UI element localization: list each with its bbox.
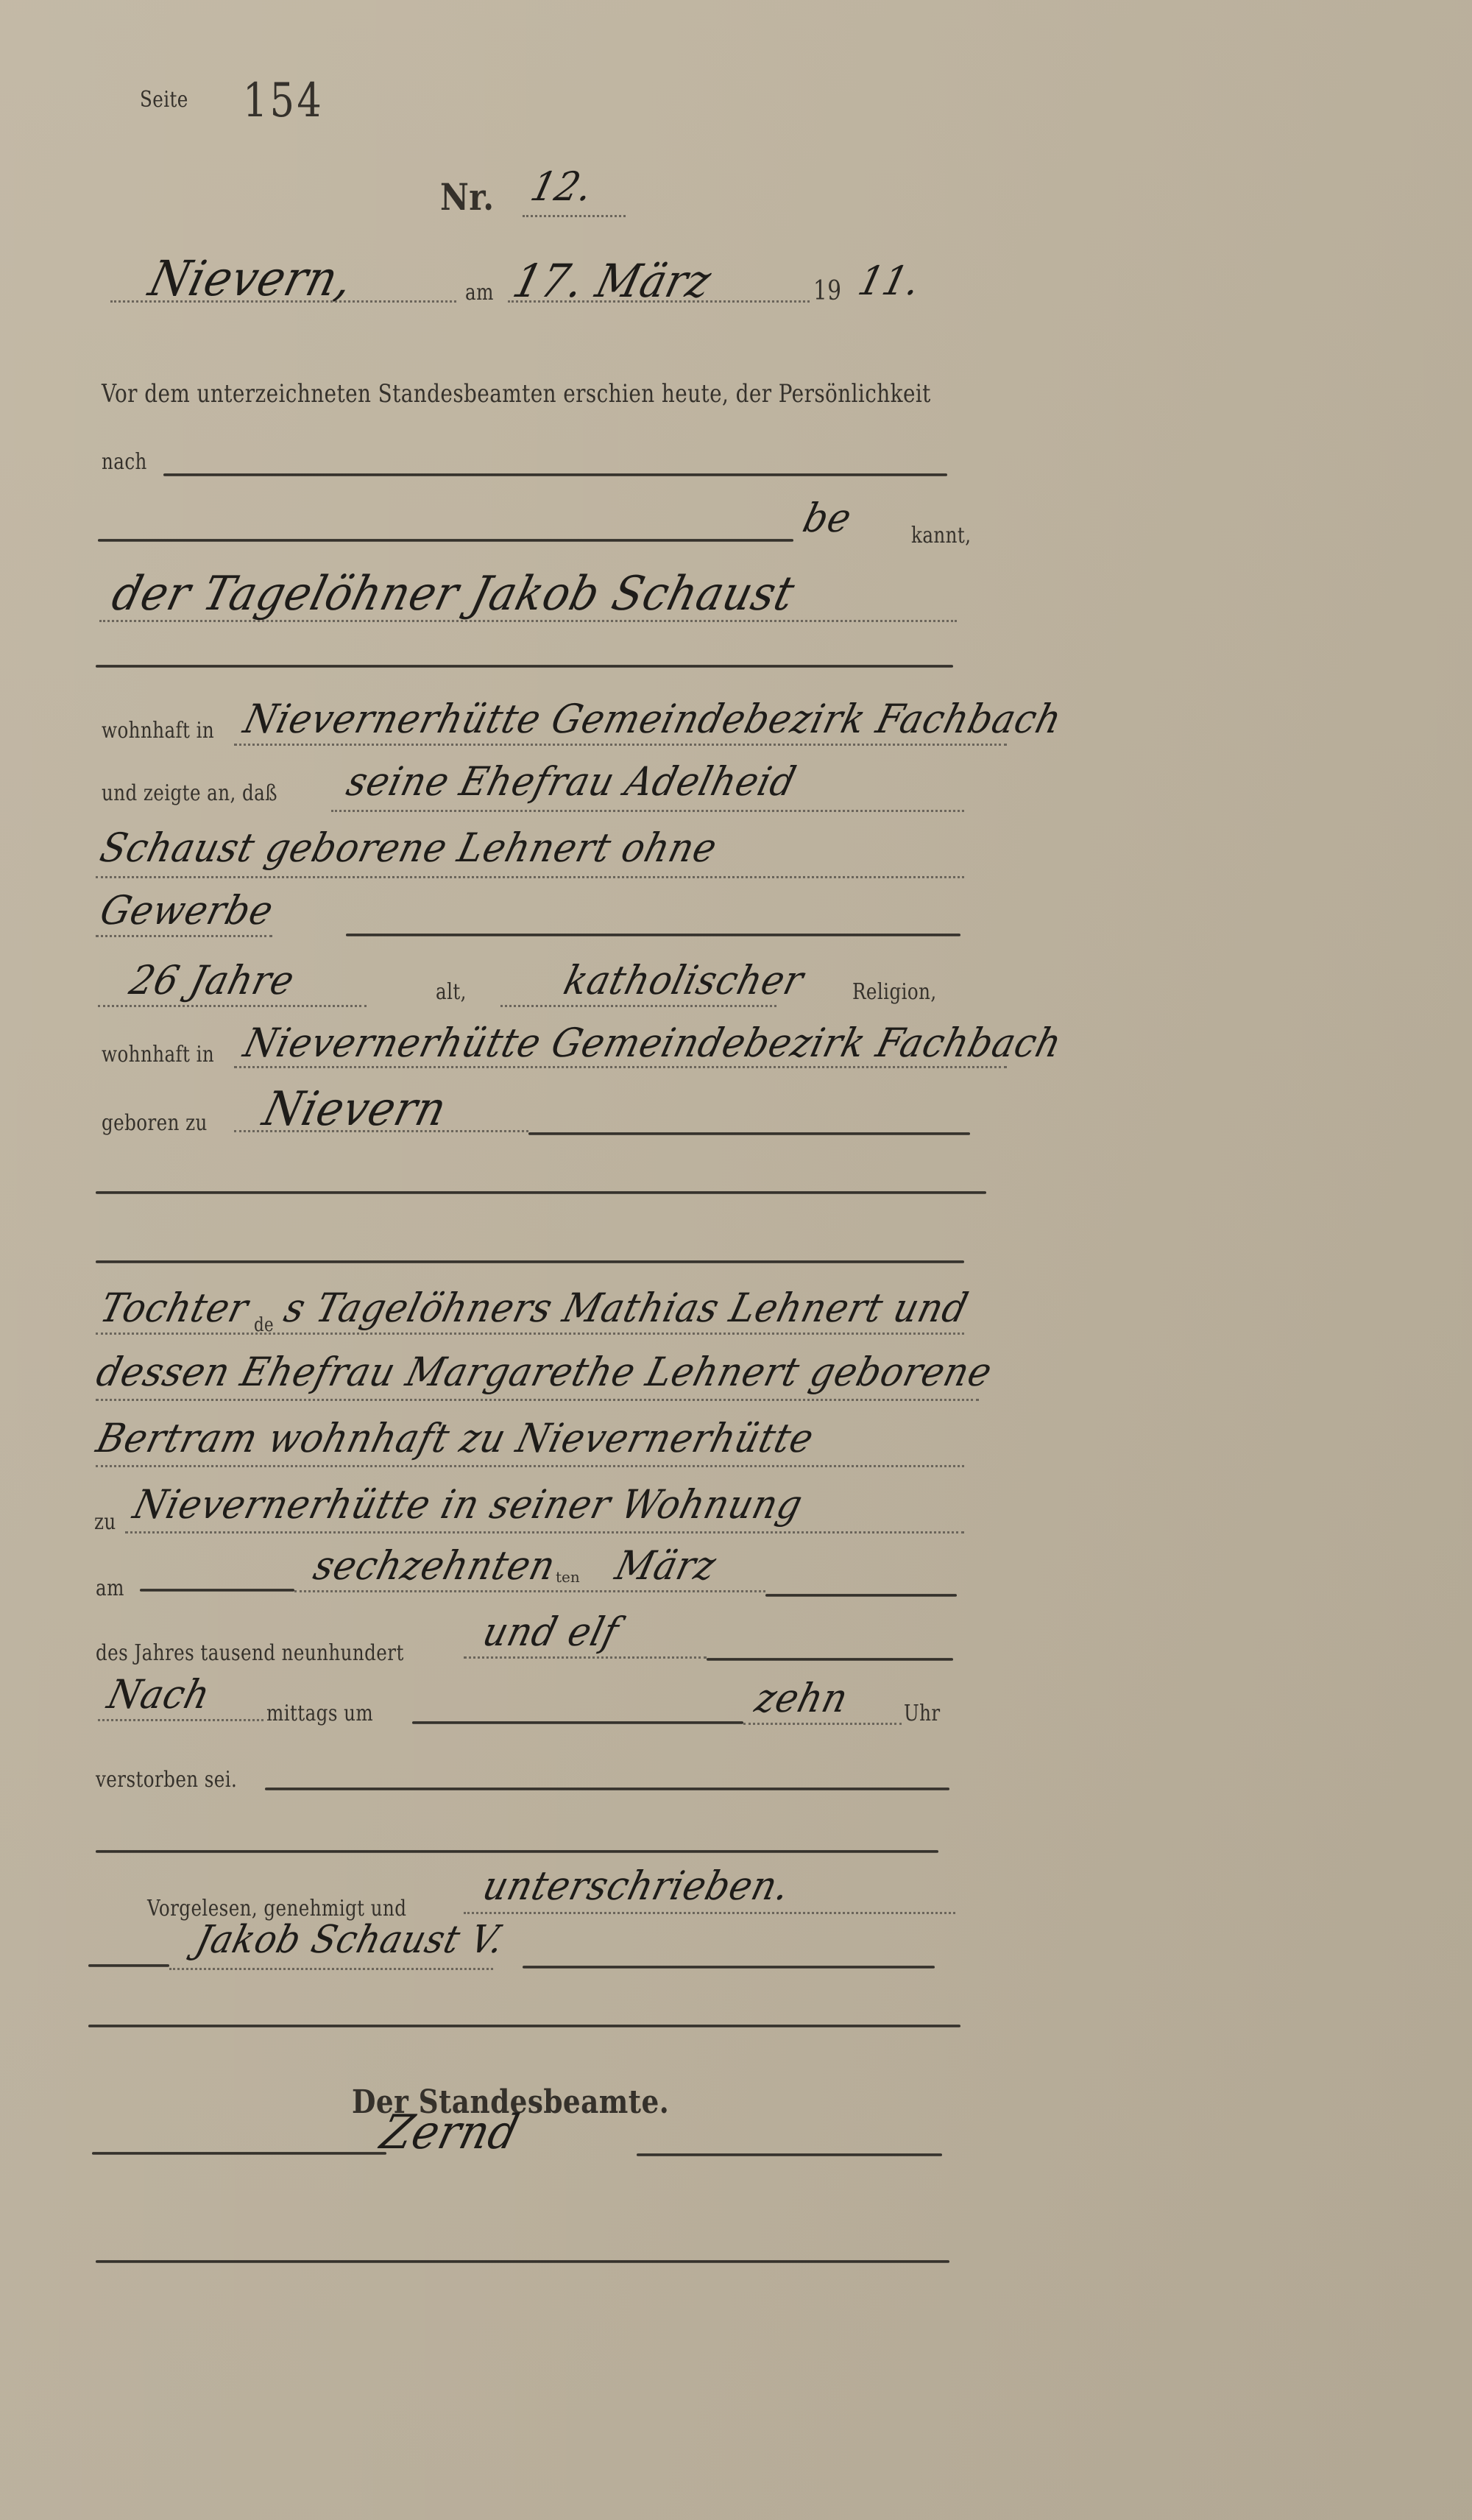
record-label: Nr. <box>440 175 494 219</box>
deceased-line2 <box>96 876 964 878</box>
gewerbe-rule <box>346 933 960 936</box>
deceased-wohnhaft-label: wohnhaft in <box>102 1042 214 1067</box>
deceased-religion: katholischer <box>559 957 809 1003</box>
page-label: Seite <box>140 87 188 113</box>
informant-sig-rule-left <box>88 1964 169 1967</box>
year-rule <box>707 1658 953 1661</box>
year-handwritten: 11. <box>854 258 925 304</box>
informant-residence-line <box>234 744 1007 746</box>
deceased-line1-text: seine Ehefrau Adelheid <box>342 758 801 805</box>
nach-rule <box>163 473 947 476</box>
informant-sig-line <box>169 1968 493 1970</box>
informant-wohnhaft-label: wohnhaft in <box>102 718 214 744</box>
death-place: Nievernerhütte in seiner Wohnung <box>129 1481 807 1528</box>
birthplace-rule <box>528 1132 970 1135</box>
zu-label: zu <box>94 1509 116 1535</box>
page-number: 154 <box>243 74 324 128</box>
parents-line3-text: Bertram wohnhaft zu Nievernerhütte <box>92 1415 818 1461</box>
zeigte-label: und zeigte an, daß <box>102 780 277 806</box>
parents-line1-print: de <box>254 1314 274 1336</box>
uhr-label: Uhr <box>904 1701 941 1726</box>
year-line <box>464 1656 707 1659</box>
deceased-birthplace: Nievern <box>258 1082 452 1137</box>
signed-handwritten: unterschrieben. <box>478 1863 795 1909</box>
alt-label: alt, <box>436 979 467 1005</box>
registry-page: Seite 154 Nr. 12. Nievern, am 17. März 1… <box>0 0 1472 2520</box>
verstorben-label: verstorben sei. <box>96 1767 237 1793</box>
parents-line1-b: s Tagelöhners Mathias Lehnert und <box>280 1285 973 1331</box>
hour-rule <box>412 1721 743 1724</box>
religion-line <box>500 1005 776 1007</box>
hour-line <box>743 1723 902 1725</box>
registrar-sig-rule-left <box>92 2152 386 2155</box>
religion-label: Religion, <box>852 979 937 1005</box>
verstorben-rule <box>265 1787 949 1790</box>
registrar-sig-rule-right <box>637 2153 942 2156</box>
mittags-label: mittags um <box>266 1701 373 1726</box>
informant-sig-rule-right <box>523 1966 935 1969</box>
blank-rule-4 <box>88 2025 960 2027</box>
blank-rule-1 <box>96 1191 986 1194</box>
deceased-age: 26 Jahre <box>125 957 300 1003</box>
death-day: sechzehnten <box>309 1542 560 1589</box>
year-printed: 19 <box>813 276 841 306</box>
bekannt-label: kannt, <box>911 523 971 548</box>
nach-label: nach <box>102 449 147 475</box>
parents-line1 <box>96 1333 964 1335</box>
informant-residence: Nievernerhütte Gemeindebezirk Fachbach <box>239 696 1066 742</box>
age-line <box>98 1005 367 1007</box>
record-number-line <box>523 215 626 217</box>
informant-rule <box>96 665 953 668</box>
parents-line1-a: Tochter <box>96 1285 253 1331</box>
parents-line3 <box>96 1465 964 1467</box>
deceased-residence-line <box>234 1066 1007 1068</box>
deceased-line2-text: Schaust geborene Lehnert ohne <box>96 825 722 871</box>
death-hour: zehn <box>751 1675 853 1721</box>
informant-name: der Tagelöhner Jakob Schaust <box>107 567 800 621</box>
deceased-line1 <box>331 810 964 812</box>
blank-rule-3 <box>96 1850 938 1853</box>
bekannt-rule <box>98 539 793 542</box>
intro-text: Vor dem unterzeichneten Standesbeamten e… <box>102 379 931 409</box>
time-prefix-line <box>98 1719 263 1721</box>
day-line <box>294 1590 765 1592</box>
place-name: Nievern, <box>144 250 359 307</box>
date-handwritten: 17. März <box>508 254 717 308</box>
am-label: am <box>465 280 494 306</box>
day-suffix: ten <box>556 1568 580 1586</box>
registrar-signature: Zernd <box>375 2106 525 2160</box>
deceased-line3 <box>96 935 272 937</box>
death-am-label: am <box>96 1575 124 1601</box>
death-year: und elf <box>478 1609 623 1655</box>
jahres-label: des Jahres tausend neunhundert <box>96 1640 404 1666</box>
blank-rule-5 <box>96 2260 949 2263</box>
deceased-residence: Nievernerhütte Gemeindebezirk Fachbach <box>239 1020 1066 1066</box>
death-place-line <box>125 1531 964 1533</box>
informant-signature: Jakob Schaust V. <box>191 1918 509 1962</box>
day-rule-right <box>765 1594 957 1597</box>
record-number: 12. <box>526 163 598 210</box>
blank-rule-2 <box>96 1260 964 1263</box>
signed-line <box>464 1912 955 1914</box>
geboren-label: geboren zu <box>102 1110 208 1136</box>
parents-line2-text: dessen Ehefrau Margarethe Lehnert gebore… <box>92 1349 997 1395</box>
death-month: März <box>611 1542 721 1589</box>
deceased-line3-text: Gewerbe <box>96 887 278 933</box>
day-rule-left <box>140 1589 294 1592</box>
time-prefix: Nach <box>103 1671 215 1718</box>
parents-line2 <box>96 1399 979 1401</box>
bekannt-handwritten: be <box>799 495 857 541</box>
